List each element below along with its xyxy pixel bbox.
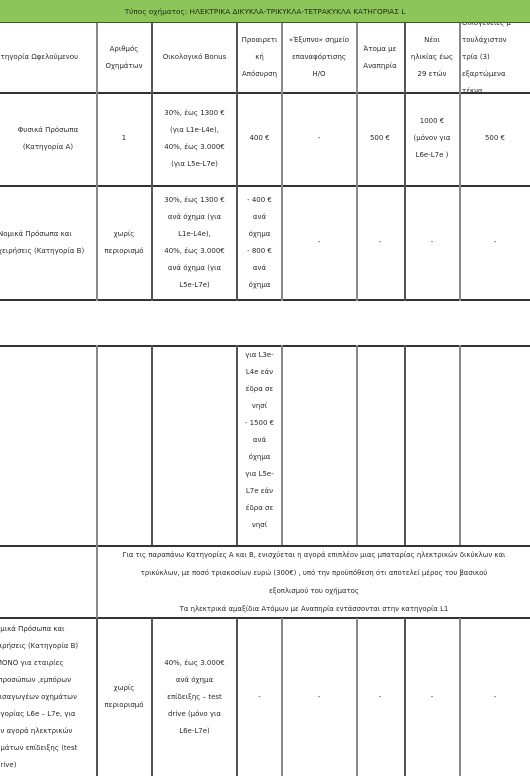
subsidy-table-top: ατηγορία Ωφελούμενου Αριθμός Οχημάτων Οι… [0,23,530,301]
row-b-young: - [404,185,460,300]
row-b-category: Νομικά Πρόσωπα και χειρήσεις (Κατηγορία … [0,185,96,300]
row-b-disability: - [356,185,404,300]
header-disability: Άτομα με Αναπηρία [356,23,404,92]
divider [459,618,461,776]
divider [404,23,406,301]
divider [0,345,530,347]
header-young: Νέοι ηλικίας έως 29 ετών [404,23,460,92]
row-a-young: 1000 € (μόνον για L6e-L7e ) [404,92,460,185]
header-category: ατηγορία Ωφελούμενου [0,23,96,92]
divider [151,23,153,301]
row-b-charger: - [282,185,356,300]
divider [96,618,98,776]
divider [236,618,238,776]
divider [459,345,461,545]
row-b-vehicles: χωρίς περιορισμό [96,185,152,300]
divider [0,185,530,187]
divider [356,618,358,776]
row-a-charger: - [282,92,356,185]
divider [236,345,238,545]
row-c-families: - [460,618,530,776]
header-families: Οικογένειες μ τουλάχιστον τρία (3) εξαρτ… [462,23,530,92]
battery-note: Για τις παραπάνω Κατηγορίες Α και Β, ενι… [84,545,530,618]
header-vehicles: Αριθμός Οχημάτων [96,23,152,92]
divider [0,617,530,619]
header-eco-bonus: Οικολογικό Bonus [152,23,237,92]
divider [356,23,358,301]
row-c-scrappage: - [237,618,282,776]
divider [404,618,406,776]
divider [151,345,153,545]
divider [96,545,98,618]
divider [281,345,283,545]
row-c-vehicles: χωρίς περιορισμό [96,618,152,776]
row-a-families: 500 € [460,92,530,185]
divider [96,345,98,545]
row-c-young: - [404,618,460,776]
divider [356,345,358,545]
row-a-disability: 500 € [356,92,404,185]
table-title: Τύπος οχήματος: ΗΛΕΚΤΡΙΚΑ ΔΙΚΥΚΛΑ-ΤΡΙΚΥΚ… [0,0,530,23]
row-b-scrappage-continued: για L3e- L4e εάν έδρα σε νησί - 1500 € α… [237,345,282,545]
row-a-category: Φυσικά Πρόσωπα (Κατηγορία Α) [0,92,96,185]
divider [281,23,283,301]
divider [151,618,153,776]
divider [0,92,530,94]
row-c-eco-bonus: 40%, έως 3.000€ ανά όχημα επίδειξης – te… [152,618,237,776]
row-b-scrappage: - 400 € ανά όχημα - 800 € ανά όχημα [237,185,282,300]
divider [236,23,238,301]
row-a-scrappage: 400 € [237,92,282,185]
row-c-category: ομικά Πρόσωπα και ειρήσεις (Κατηγορία Β)… [0,618,96,776]
divider [96,23,98,301]
divider [0,545,530,547]
divider [404,345,406,545]
row-a-eco-bonus: 30%, έως 1300 € (για L1e-L4e), 40%, έως … [152,92,237,185]
row-b-eco-bonus: 30%, έως 1300 € ανά όχημα (για L1e-L4e),… [152,185,237,300]
row-c-disability: - [356,618,404,776]
divider [281,618,283,776]
row-c-charger: - [282,618,356,776]
header-scrappage: Προαιρετι κή Απόσυρση [237,23,282,92]
header-charger: «Έξυπνο» σημείο επαναφόρτισης Η/Ο [282,23,356,92]
divider [0,299,530,301]
row-a-vehicles: 1 [96,92,152,185]
divider [459,23,461,301]
subsidy-table-bottom: για L3e- L4e εάν έδρα σε νησί - 1500 € α… [0,345,530,776]
row-b-families: - [460,185,530,300]
